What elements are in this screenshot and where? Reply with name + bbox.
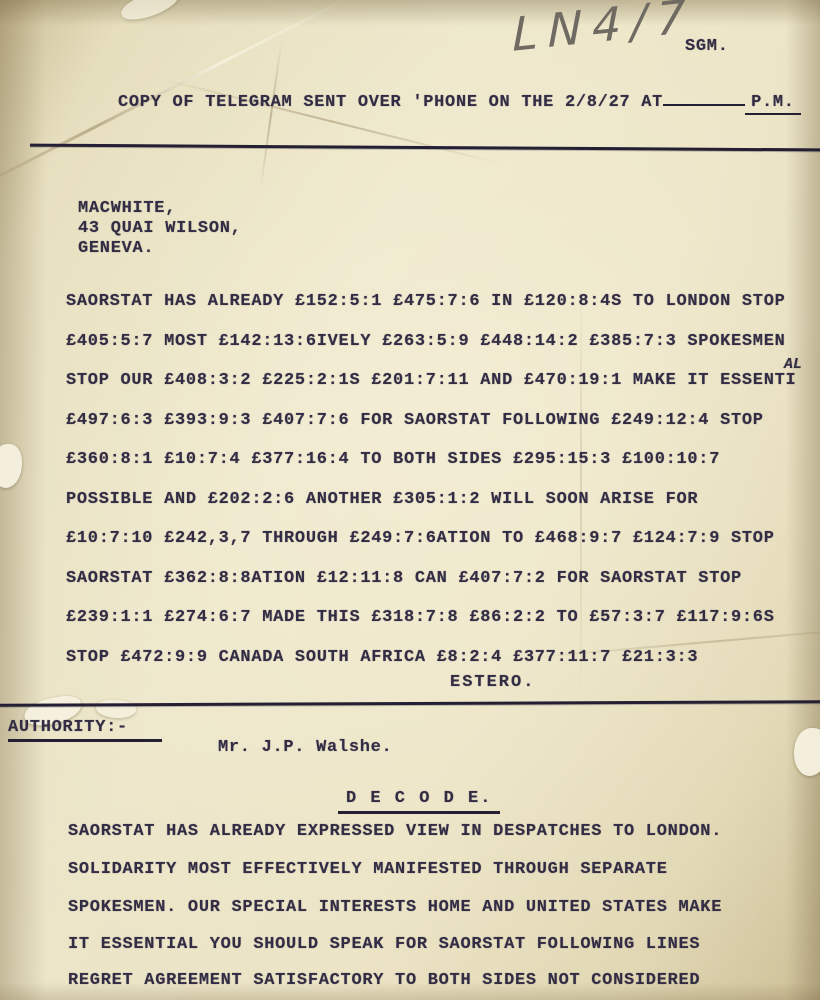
decoded-line: SPOKESMEN. OUR SPECIAL INTERESTS HOME AN… bbox=[68, 898, 722, 917]
coded-line: £10:7:10 £242,3,7 THROUGH £249:7:6ATION … bbox=[66, 529, 775, 548]
header-pm: P.M. bbox=[745, 93, 801, 115]
recipient-street: 43 QUAI WILSON, bbox=[78, 219, 242, 238]
header-line: COPY OF TELEGRAM SENT OVER 'PHONE ON THE… bbox=[118, 90, 801, 112]
decoded-line: IT ESSENTIAL YOU SHOULD SPEAK FOR SAORST… bbox=[68, 935, 700, 954]
decode-heading: D E C O D E. bbox=[338, 789, 500, 814]
decoded-line: SOLIDARITY MOST EFFECTIVELY MANIFESTED T… bbox=[68, 860, 668, 879]
coded-line: STOP £472:9:9 CANADA SOUTH AFRICA £8:2:4… bbox=[66, 648, 698, 667]
pencil-reference-note: LN4/7 bbox=[513, 0, 696, 62]
recipient-city: GENEVA. bbox=[78, 239, 154, 258]
coded-line: £360:8:1 £10:7:4 £377:16:4 TO BOTH SIDES… bbox=[66, 450, 720, 469]
coded-line: £405:5:7 MOST £142:13:6IVELY £263:5:9 £4… bbox=[66, 332, 786, 351]
coded-line: POSSIBLE AND £202:2:6 ANOTHER £305:1:2 W… bbox=[66, 490, 698, 509]
decoded-line: REGRET AGREEMENT SATISFACTORY TO BOTH SI… bbox=[68, 971, 700, 990]
telegram-scan-page: LN4/7 SGM. COPY OF TELEGRAM SENT OVER 'P… bbox=[0, 0, 820, 1000]
header-rule bbox=[30, 144, 820, 152]
recipient-name: MACWHITE, bbox=[78, 199, 176, 218]
paper-shadow-left bbox=[0, 0, 46, 1000]
ref-code: SGM. bbox=[685, 37, 729, 56]
coded-line: STOP OUR £408:3:2 £225:2:1S £201:7:11 AN… bbox=[66, 371, 796, 390]
header-text: COPY OF TELEGRAM SENT OVER 'PHONE ON THE… bbox=[118, 93, 663, 112]
decode-heading-wrap: D E C O D E. bbox=[338, 789, 500, 808]
coded-line: SAORSTAT £362:8:8ATION £12:11:8 CAN £407… bbox=[66, 569, 742, 588]
coded-line: £497:6:3 £393:9:3 £407:7:6 FOR SAORSTAT … bbox=[66, 411, 764, 430]
authority-label: AUTHORITY:- bbox=[8, 718, 162, 742]
authority-label-wrap: AUTHORITY:- bbox=[8, 718, 162, 737]
coded-line: SAORSTAT HAS ALREADY £152:5:1 £475:7:6 I… bbox=[66, 292, 786, 311]
paper-crease bbox=[260, 41, 283, 190]
sender-signature: ESTERO. bbox=[450, 673, 535, 692]
coded-line: £239:1:1 £274:6:7 MADE THIS £318:7:8 £86… bbox=[66, 608, 775, 627]
authority-name: Mr. J.P. Walshe. bbox=[218, 738, 392, 757]
decoded-line: SAORSTAT HAS ALREADY EXPRESSED VIEW IN D… bbox=[68, 822, 722, 841]
time-blank-underline bbox=[663, 90, 745, 106]
paper-tear bbox=[95, 698, 137, 720]
paper-tear bbox=[794, 728, 820, 776]
